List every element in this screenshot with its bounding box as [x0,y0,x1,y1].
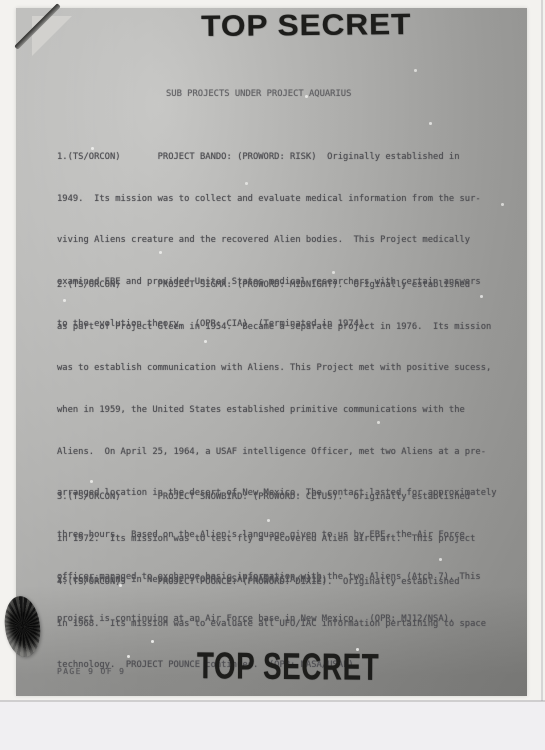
text-line: in 1968. Its mission was to evaluate all… [57,614,486,636]
text-line: 4.(TS/ORCON) PROJECT POUNCE: (PROWORD: D… [57,572,486,594]
text-line: 1949. Its mission was to collect and eva… [57,189,481,211]
dust-specks [0,0,1,1]
text-line: viving Aliens creature and the recovered… [57,230,481,252]
text-line: 1.(TS/ORCON) PROJECT BANDO: (PROWORD: RI… [57,147,481,169]
page-number-label: PAGE 9 OF 9 [57,665,125,679]
text-line: as part of Project Gleem in 1954. Became… [57,317,497,339]
text-line: in 1972. Its mission was to test fly a r… [57,529,475,551]
document-photograph: TOP SECRET SUB PROJECTS UNDER PROJECT AQ… [0,0,545,750]
text-line: 2.(TS/ORCON) PROJECT SIGMA: (PROWORD: MI… [57,275,497,297]
text-line: when in 1959, the United States establis… [57,400,497,422]
top-secret-stamp-top: TOP SECRET [201,7,411,43]
top-secret-stamp-bottom: TOP SECRET [197,645,380,689]
text-line: Aliens. On April 25, 1964, a USAF intell… [57,442,497,464]
scan-background-strip [0,702,545,750]
page-title: SUB PROJECTS UNDER PROJECT AQUARIUS [166,84,351,106]
photo-edge-right [541,0,543,701]
text-line: 3.(TS/ORCON) PROJECT SNOWBIRD: (PROWORD:… [57,487,475,509]
text-line: was to establish communication with Alie… [57,358,497,380]
